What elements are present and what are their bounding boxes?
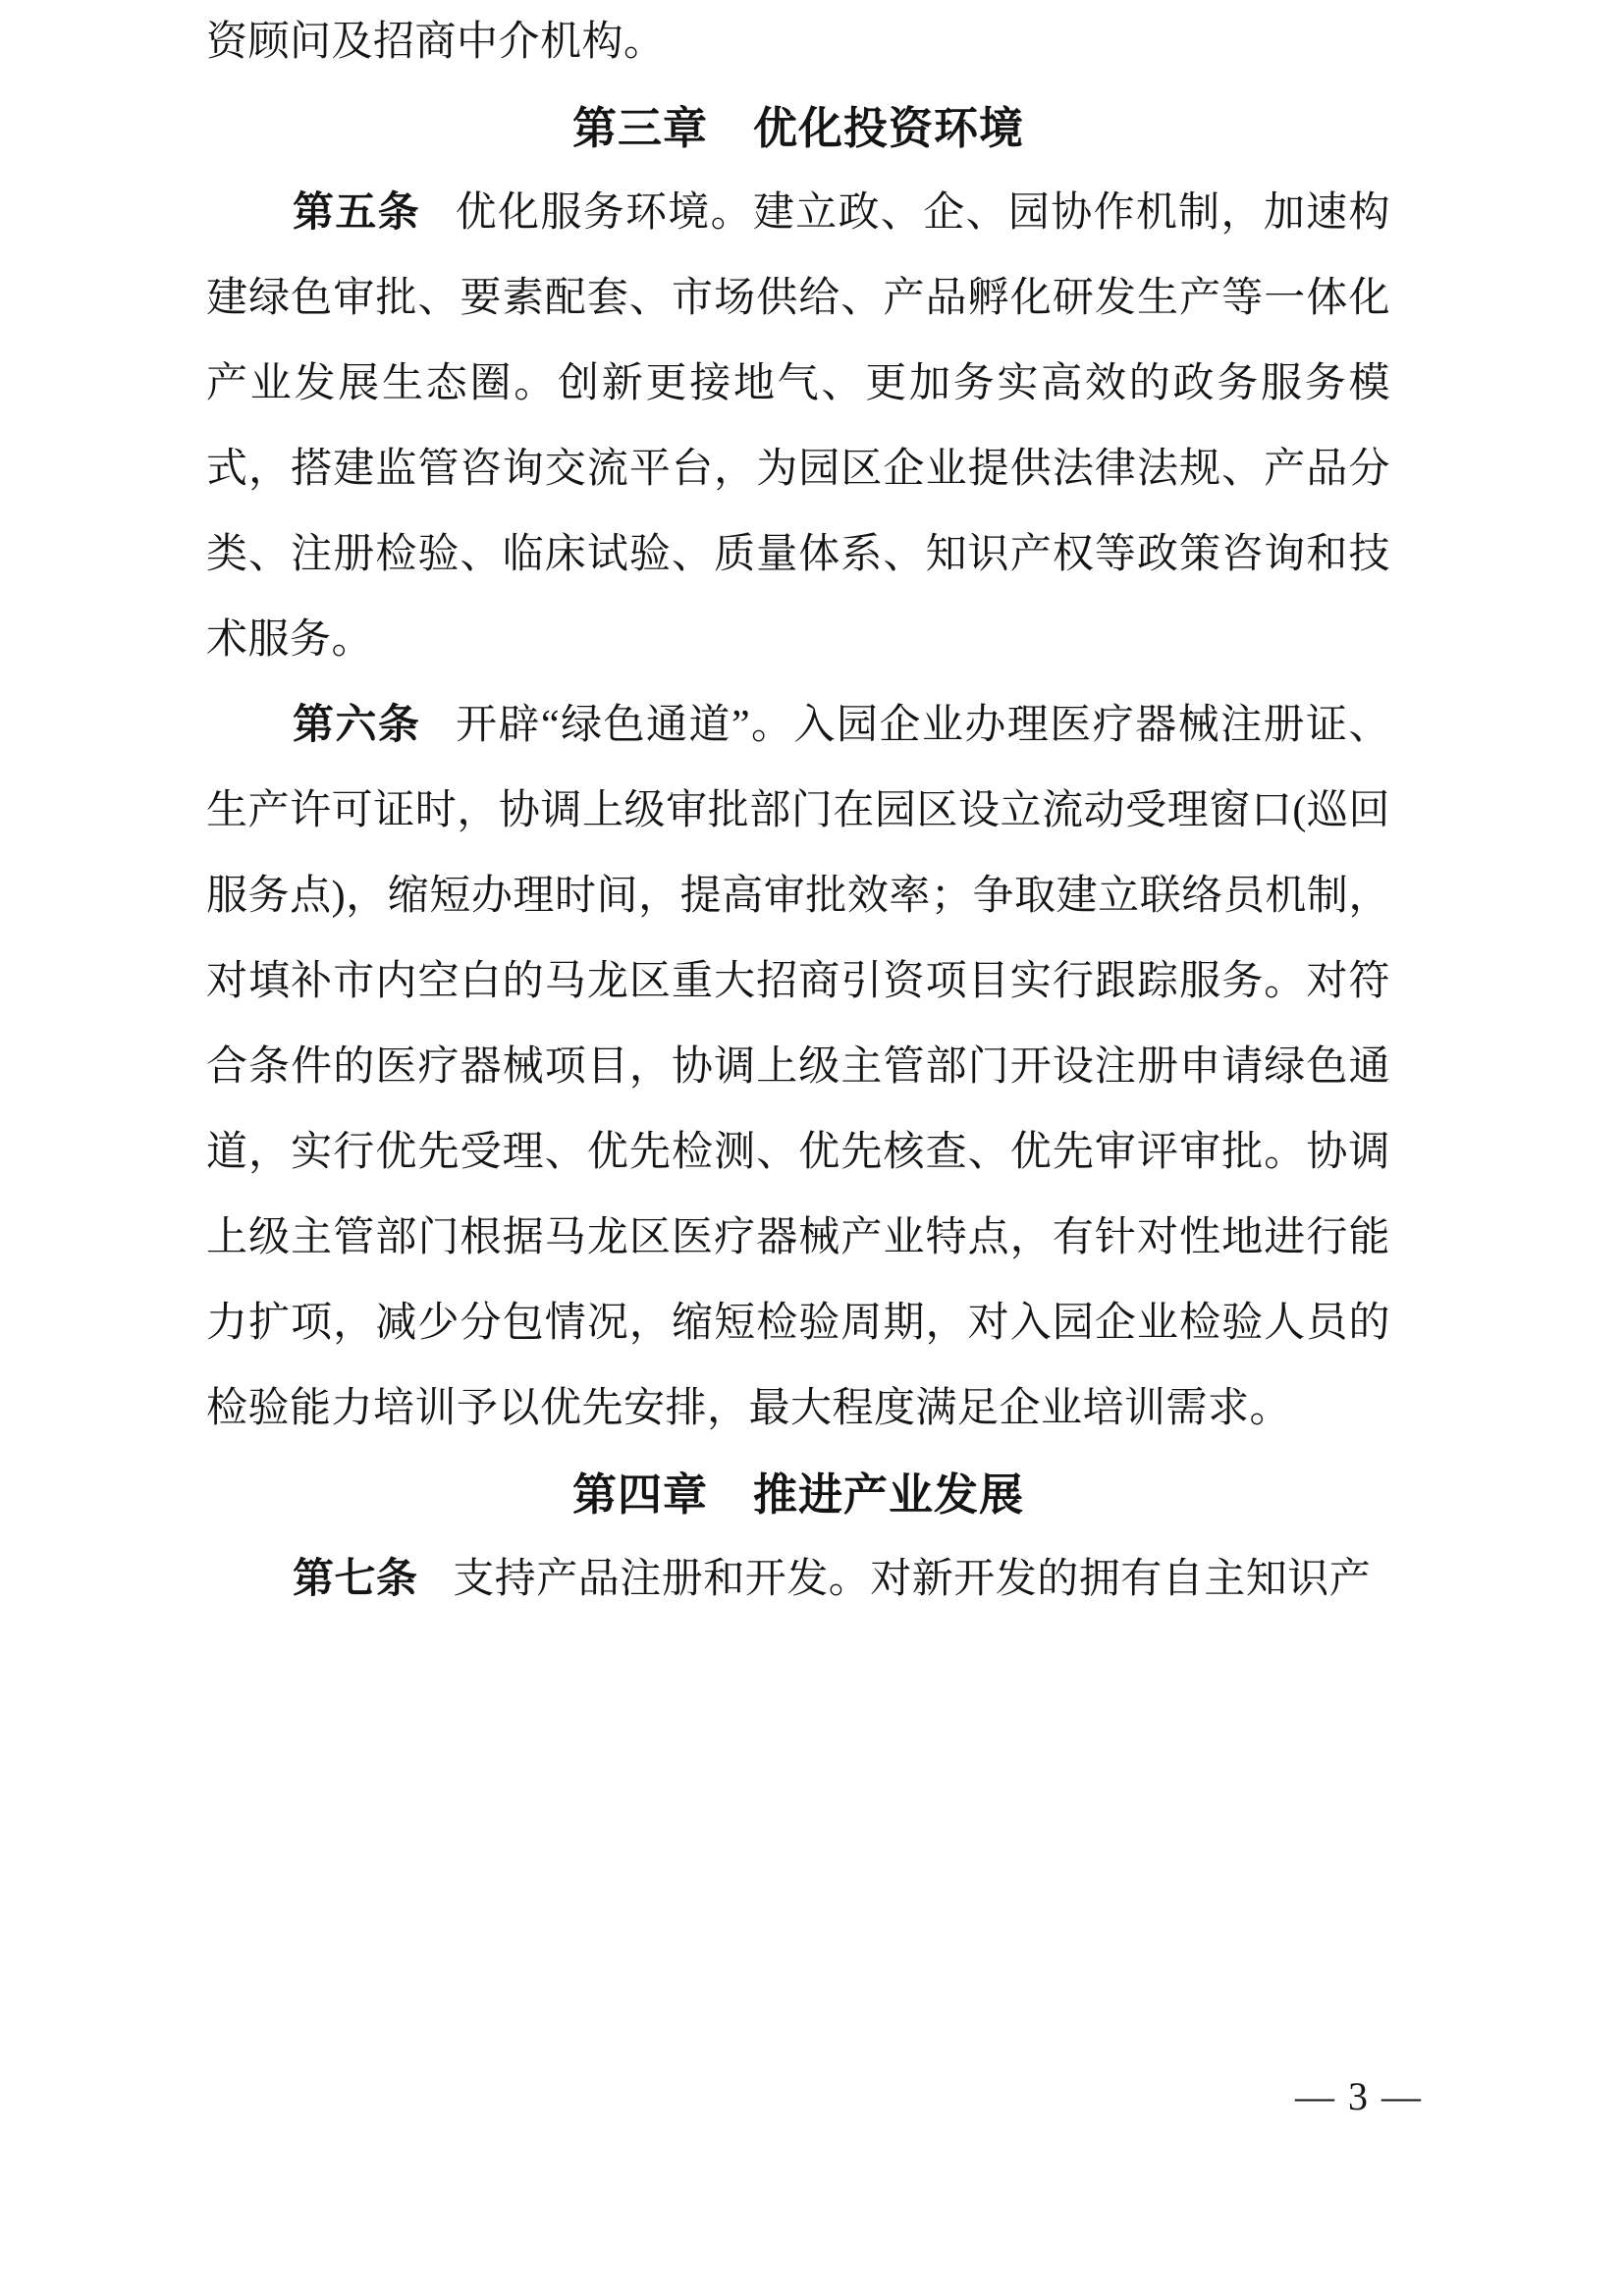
chapter-3-heading: 第三章 优化投资环境 [206, 85, 1390, 171]
article-5-text: 优化服务环境。建立政、企、园协作机制，加速构建绿色审批、要素配套、市场供给、产品… [206, 190, 1390, 663]
paragraph-continuation: 资顾问及招商中介机构。 [206, 0, 1390, 85]
article-6-paragraph: 第六条开辟“绿色通道”。入园企业办理医疗器械注册证、生产许可证时，协调上级审批部… [206, 683, 1390, 1452]
article-7-text: 支持产品注册和开发。对新开发的拥有自主知识产 [453, 1557, 1371, 1602]
article-6-number: 第六条 [293, 703, 420, 748]
article-5-number: 第五条 [293, 190, 420, 236]
page-content: 资顾问及招商中介机构。 第三章 优化投资环境 第五条优化服务环境。建立政、企、园… [206, 0, 1390, 1623]
article-7-paragraph: 第七条支持产品注册和开发。对新开发的拥有自主知识产 [206, 1537, 1390, 1623]
article-7-number: 第七条 [293, 1557, 418, 1602]
page-number: — 3 — [1295, 2073, 1423, 2120]
document-page: 资顾问及招商中介机构。 第三章 优化投资环境 第五条优化服务环境。建立政、企、园… [0, 0, 1624, 2296]
chapter-4-heading: 第四章 推进产业发展 [206, 1452, 1390, 1537]
article-6-text: 开辟“绿色通道”。入园企业办理医疗器械注册证、生产许可证时，协调上级审批部门在园… [206, 703, 1390, 1431]
article-5-paragraph: 第五条优化服务环境。建立政、企、园协作机制，加速构建绿色审批、要素配套、市场供给… [206, 171, 1390, 683]
